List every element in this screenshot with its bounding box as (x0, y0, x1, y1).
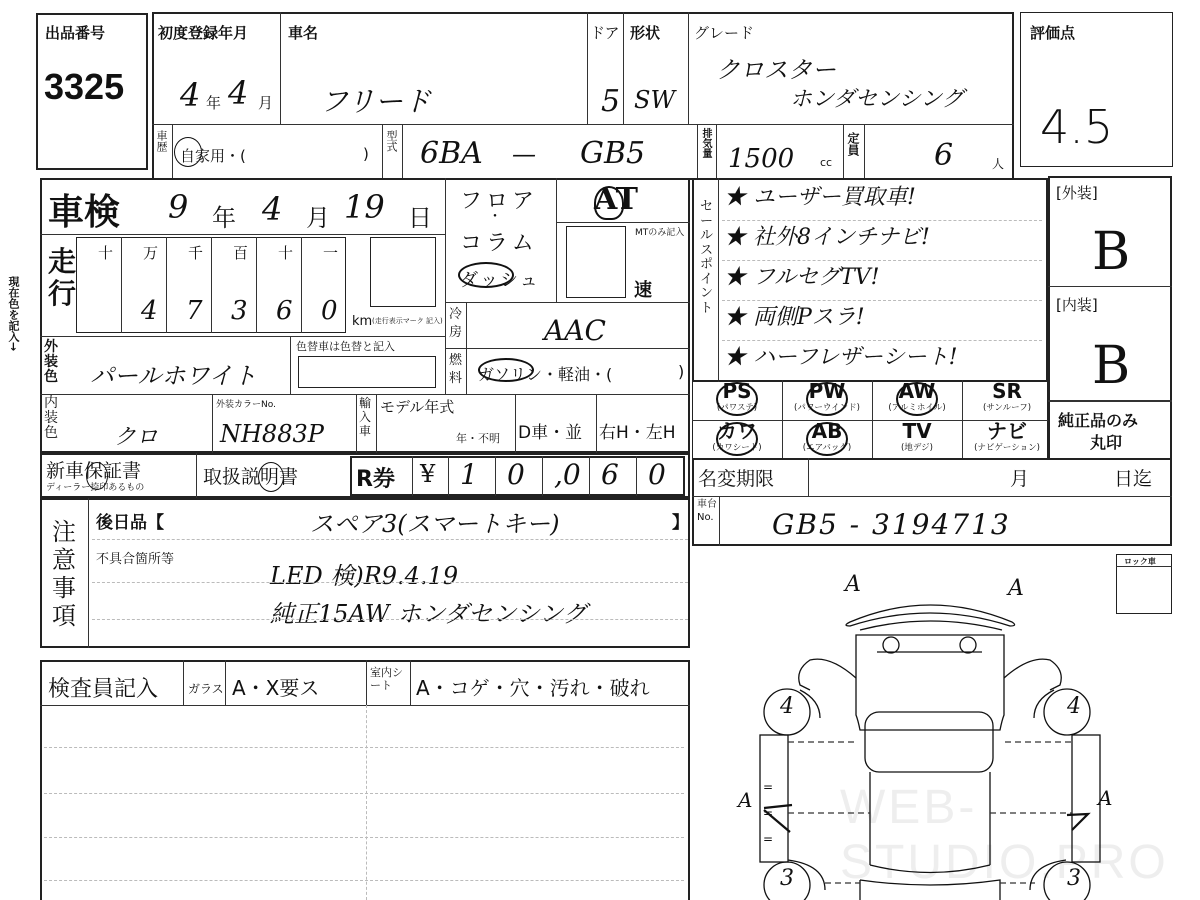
interior-grade-label: [内装] (1056, 294, 1098, 315)
model-prefix: 6BA (420, 136, 483, 171)
current-color-note: 現在色を記入→ (8, 276, 19, 351)
exterior-color-label: 外装色 (44, 340, 58, 385)
car-name-label: 車名 (288, 22, 318, 43)
odometer-digit: 3 (231, 296, 248, 326)
capacity: 6 (934, 138, 953, 173)
shift-dot: ・ (488, 206, 502, 226)
score: 4.5 (1040, 100, 1113, 154)
equipment-circle (716, 382, 758, 416)
recycle-label: R券 (356, 462, 395, 493)
equipment-circle (716, 422, 758, 456)
mark-wheel-rl: 3 (780, 866, 794, 891)
odometer-header: 十 (278, 242, 293, 263)
sales-point-item: ★ ハーフレザーシート! (724, 340, 957, 371)
repaint-label: 色替車は色替と記入 (296, 338, 395, 354)
name-change-day: 日迄 (1114, 464, 1152, 491)
model-sep: — (512, 140, 536, 168)
sales-point-item: ★ 両側Pスラ! (724, 300, 865, 331)
inspection-day: 19 (344, 188, 385, 226)
glass-label: ガラス (188, 680, 224, 697)
fuel-circle (478, 358, 534, 382)
equipment-code: SR (962, 381, 1052, 401)
odometer-digit: 0 (321, 296, 338, 326)
history-close: ) (363, 145, 369, 163)
recycle-digit: 0 (648, 458, 666, 491)
mark-side-left: A (738, 788, 752, 812)
displacement-label: 排気量 (700, 128, 710, 158)
repaint-box (298, 356, 436, 388)
later-items-value: スペア3(スマートキー) (310, 504, 560, 539)
chassis-label: 車台No. (697, 498, 717, 524)
recycle-digit: 1 (460, 458, 478, 491)
odometer-header: 一 (323, 242, 338, 263)
speed-label: 速 (634, 276, 652, 302)
equipment-desc: (サンルーフ) (962, 401, 1052, 413)
fuel-label: 燃料 (449, 352, 463, 388)
equipment-code: ナビ (962, 421, 1052, 441)
odometer-header: 百 (233, 242, 248, 263)
odometer-digit: 7 (186, 296, 203, 326)
odometer-digit: 6 (276, 296, 293, 326)
dash-circle (458, 262, 514, 288)
notes-title: 注意事項 (52, 518, 78, 630)
month-unit: 月 (258, 92, 273, 113)
name-change-month: 月 (1010, 464, 1029, 491)
inspection-year: 9 (168, 188, 188, 226)
sales-point-item: ★ 社外8インチナビ! (724, 220, 930, 251)
year-unit: 年 (206, 92, 221, 113)
equipment-circle (896, 382, 938, 416)
yen-sign: ¥ (420, 460, 435, 488)
mark-side-right: A (1098, 786, 1112, 810)
lot-number: 3325 (44, 66, 124, 108)
interior-color-label: 内装色 (44, 396, 58, 441)
odometer-digit: 4 (141, 296, 158, 326)
name-change-label: 名変期限 (698, 464, 774, 491)
sales-point-item: ★ フルセグTV! (724, 260, 880, 291)
seat-value: A・コゲ・穴・汚れ・破れ (416, 672, 650, 701)
doors: 5 (601, 84, 620, 119)
shape-label: 形状 (630, 22, 660, 43)
inspector-label: 検査員記入 (48, 672, 158, 703)
odometer-header: 万 (143, 242, 158, 263)
interior-grade: B (1092, 336, 1130, 396)
inspection-day-unit: 日 (408, 198, 432, 233)
mark-wheel-fl: 4 (780, 694, 794, 719)
mileage-label: 走行 (48, 246, 76, 310)
mileage-unit: km (352, 314, 372, 329)
transmission-circle (594, 186, 624, 220)
inspection-month: 4 (262, 190, 282, 228)
displacement: 1500 (728, 144, 794, 174)
equipment-code: TV (872, 421, 962, 441)
mt-note: MTのみ記入 (635, 228, 685, 238)
mark-rear-left: A (845, 572, 861, 597)
person-unit: 人 (992, 155, 1004, 172)
ac-value: AAC (544, 314, 606, 347)
history-label: 車歴 (156, 130, 167, 152)
glass-value: A・X要ス (232, 672, 319, 701)
model-code: GB5 (580, 136, 645, 171)
exterior-grade: B (1092, 222, 1130, 282)
car-diagram (700, 560, 1200, 900)
equipment-desc: (地デジ) (872, 441, 962, 453)
import-label: 輸入車 (359, 396, 373, 438)
color-no-label: 外装カラーNo. (216, 397, 276, 410)
shift-column: コラム (460, 226, 538, 257)
chassis-value: GB5 - 3194713 (772, 508, 1011, 541)
mark-side-left-ticks: = = = (763, 774, 773, 852)
cc-unit: cc (820, 156, 832, 169)
equipment-item: ナビ(ナビゲーション) (962, 421, 1052, 453)
door-label: ドア (590, 22, 620, 43)
color-no: NH883P (220, 420, 324, 448)
equipment-circle (806, 422, 848, 456)
exterior-grade-label: [外装] (1056, 182, 1098, 203)
later-items-label: 後日品【 (96, 508, 164, 533)
defects-label: 不具合箇所等 (96, 548, 174, 567)
mark-wheel-rr: 3 (1067, 866, 1081, 891)
mt-speed-box (566, 226, 626, 298)
notes-line1: LED 検)R9.4.19 (270, 556, 458, 591)
shape: SW (634, 86, 675, 114)
recycle-digit: 6 (601, 458, 619, 491)
recycle-digit: ,0 (554, 458, 581, 491)
equipment-desc: (ナビゲーション) (962, 441, 1052, 453)
model-year-label: モデル年式 (380, 396, 454, 417)
equipment-item: TV(地デジ) (872, 421, 962, 453)
inspection-month-unit: 月 (306, 198, 330, 233)
recycle-digit: 0 (507, 458, 525, 491)
first-reg-year: 4 (180, 76, 200, 114)
score-label: 評価点 (1030, 22, 1075, 43)
later-items-close: 】 (672, 508, 689, 533)
odometer-header: 千 (188, 242, 203, 263)
genuine-label-1: 純正品のみ (1058, 408, 1138, 431)
grade-line1: クロスター (716, 50, 836, 85)
model-year-suffix: 年・不明 (456, 430, 500, 446)
interior-color-value: クロ (114, 420, 158, 451)
model-label: 型式 (386, 130, 397, 152)
odometer-mark-box (370, 237, 436, 307)
grade-label: グレード (694, 22, 754, 43)
ac-label: 冷房 (449, 306, 463, 342)
fuel-close: ) (678, 362, 684, 381)
seat-label: 室内シート (370, 666, 410, 692)
first-reg-label: 初度登録年月 (158, 22, 248, 43)
handle-option: 右H・左H (599, 418, 676, 443)
first-reg-month: 4 (228, 74, 248, 112)
inspection-label: 車検 (48, 184, 120, 235)
sales-point-item: ★ ユーザー買取車! (724, 180, 916, 211)
mark-wheel-fr: 4 (1067, 694, 1081, 719)
genuine-label-2: 丸印 (1090, 430, 1122, 453)
notes-line2: 純正15AW ホンダセンシング (270, 594, 587, 629)
equipment-item: SR(サンルーフ) (962, 381, 1052, 413)
car-name: フリード (320, 80, 431, 120)
warranty-circle (86, 462, 108, 490)
dealer-option: D車・並 (518, 418, 582, 443)
manual-circle (258, 462, 284, 492)
mileage-unit-note: (走行表示マーク 記入) (372, 316, 443, 326)
sales-points-label: セールスポイント (700, 200, 714, 316)
capacity-label: 定員 (847, 132, 859, 156)
exterior-color-value: パールホワイト (90, 356, 257, 391)
grade-line2: ホンダセンシング (790, 82, 964, 113)
equipment-circle (806, 382, 848, 416)
lot-label: 出品番号 (45, 22, 105, 43)
odometer-header: 十 (98, 242, 113, 263)
mark-rear-right: A (1008, 576, 1024, 601)
inspection-year-unit: 年 (212, 198, 236, 233)
history-value: 自家用・( (180, 145, 246, 166)
